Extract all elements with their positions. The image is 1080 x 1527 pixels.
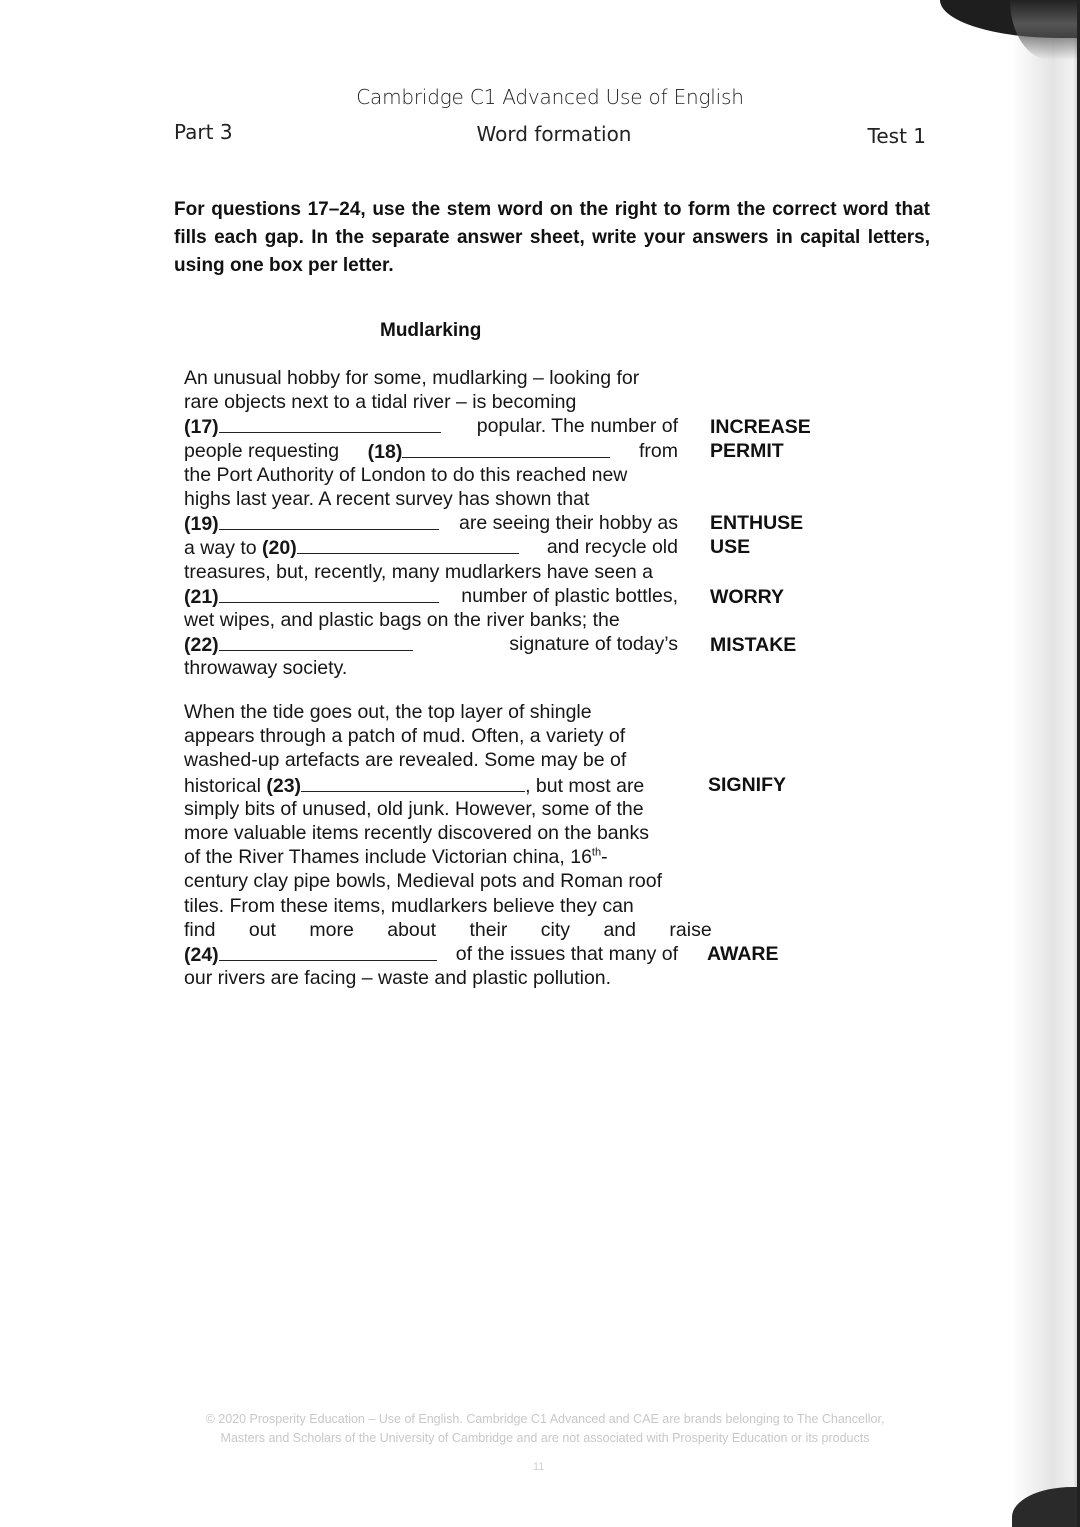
copyright-footer: © 2020 Prosperity Education – Use of Eng…: [140, 1410, 950, 1448]
stem-word-20: USE: [710, 535, 750, 559]
text-line: treasures, but, recently, many mudlarker…: [184, 560, 678, 584]
text-line: highs last year. A recent survey has sho…: [184, 487, 678, 511]
text-line: An unusual hobby for some, mudlarking – …: [184, 366, 678, 390]
test-label: Test 1: [868, 124, 926, 148]
stem-word-21: WORRY: [710, 585, 784, 609]
instructions: For questions 17–24, use the stem word o…: [174, 196, 930, 280]
text-line: tiles. From these items, mudlarkers beli…: [184, 894, 678, 918]
question-number: (24): [184, 944, 219, 966]
text-line: throwaway society.: [184, 656, 678, 680]
answer-gap-20[interactable]: [297, 535, 519, 554]
text-line: wet wipes, and plastic bags on the river…: [184, 608, 678, 632]
answer-gap-17[interactable]: [219, 414, 441, 433]
answer-gap-22[interactable]: [219, 632, 413, 651]
header-row: Part 3 Word formation Test 1: [174, 120, 926, 148]
question-number: (18): [368, 441, 403, 463]
gap-line-19: (19) are seeing their hobby as: [184, 511, 678, 535]
text-line: washed-up artefacts are revealed. Some m…: [184, 748, 678, 772]
stem-word-22: MISTAKE: [710, 633, 796, 657]
stem-word-19: ENTHUSE: [710, 511, 803, 535]
question-number: (20): [262, 537, 297, 559]
answer-gap-19[interactable]: [219, 511, 439, 530]
text-line: rare objects next to a tidal river – is …: [184, 390, 678, 414]
stem-word-24: AWARE: [707, 942, 779, 966]
paragraph-2: When the tide goes out, the top layer of…: [184, 700, 678, 990]
text-line: appears through a patch of mud. Often, a…: [184, 724, 678, 748]
gap-line-22: (22) signature of today’s: [184, 632, 678, 656]
section-title: Word formation: [174, 122, 934, 146]
stem-word-17: INCREASE: [710, 415, 811, 439]
question-number: (23): [266, 775, 301, 797]
question-number: (21): [184, 586, 219, 608]
passage-title: Mudlarking: [380, 320, 481, 342]
page-edge-shadow: [1012, 0, 1080, 1527]
answer-gap-21[interactable]: [219, 584, 439, 603]
text-line: simply bits of unused, old junk. However…: [184, 797, 678, 821]
document-title: Cambridge C1 Advanced Use of English: [0, 85, 1080, 109]
paragraph-1: An unusual hobby for some, mudlarking – …: [184, 366, 678, 680]
text-line: more valuable items recently discovered …: [184, 821, 678, 845]
question-number: (17): [184, 416, 219, 438]
text-line: century clay pipe bowls, Medieval pots a…: [184, 869, 678, 893]
page-number: 11: [533, 1461, 544, 1473]
gap-line-20: a way to (20) and recycle old: [184, 535, 678, 559]
stem-word-18: PERMIT: [710, 439, 784, 463]
question-number: (22): [184, 634, 219, 656]
stem-word-23: SIGNIFY: [708, 773, 786, 797]
text-line: find out more about their city and raise: [184, 918, 678, 942]
gap-line-21: (21) number of plastic bottles,: [184, 584, 678, 608]
text-line: the Port Authority of London to do this …: [184, 463, 678, 487]
gap-line-24: (24) of the issues that many of: [184, 942, 678, 966]
answer-gap-23[interactable]: [301, 773, 525, 792]
gap-line-17: (17) popular. The number of: [184, 414, 678, 438]
answer-gap-18[interactable]: [402, 439, 610, 458]
answer-gap-24[interactable]: [219, 942, 437, 961]
question-number: (19): [184, 513, 219, 535]
gap-line-18: people requesting (18) from: [184, 439, 678, 463]
gap-line-23: historical (23), but most are: [184, 773, 678, 797]
text-line: our rivers are facing – waste and plasti…: [184, 966, 678, 990]
text-line: of the River Thames include Victorian ch…: [184, 845, 678, 869]
text-line: When the tide goes out, the top layer of…: [184, 700, 678, 724]
